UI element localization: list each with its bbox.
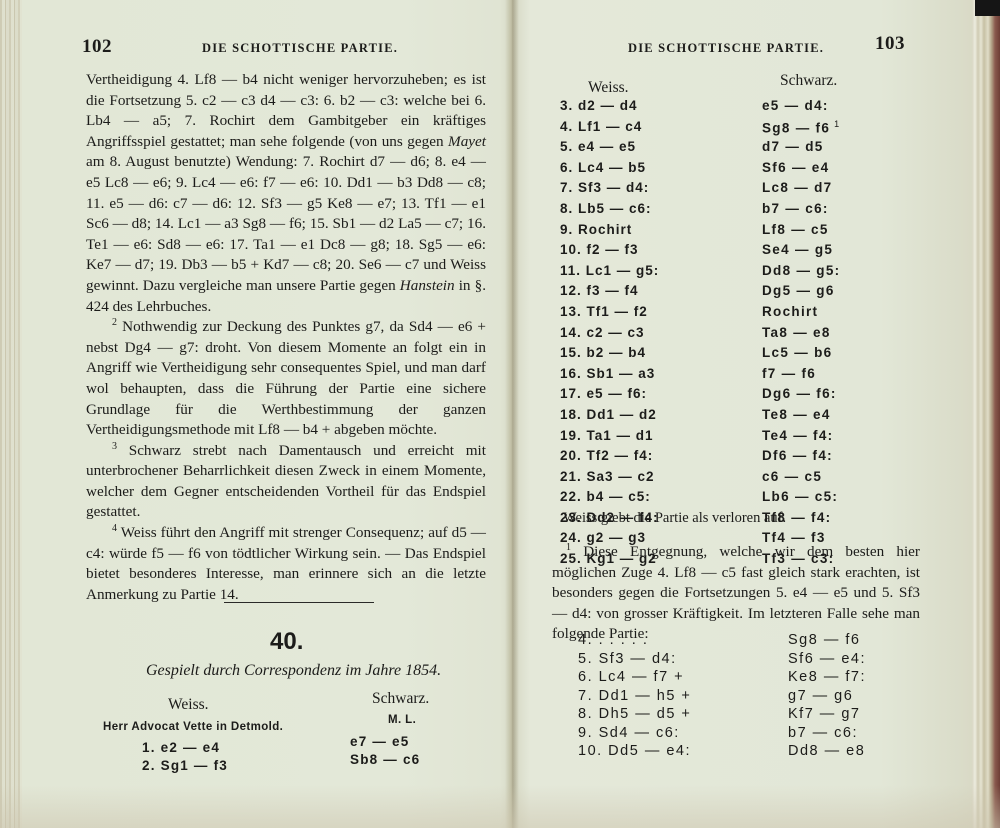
left-running-head: DIE SCHOTTISCHE PARTIE. xyxy=(202,41,398,56)
move-black: Sf6 — e4 xyxy=(762,160,829,175)
move-white: 8. Dh5 — d5 + xyxy=(578,706,691,722)
move-black: Sg8 — f61 xyxy=(762,119,840,136)
move-row: 8. Lb5 — c6:b7 — c6: xyxy=(560,201,860,222)
italic-name: Hanstein xyxy=(400,277,455,294)
footnote-1: 1 Diese Entgegnung, welche wir dem beste… xyxy=(552,542,920,645)
text-run: am 8. August benutzte) Wendung: 7. Rochi… xyxy=(86,153,486,294)
black-column-header: Schwarz. xyxy=(780,72,837,90)
move-row: 14. c2 — c3Ta8 — e8 xyxy=(560,325,860,346)
variation-row: 4. . . . . .Sg8 — f6 xyxy=(578,632,898,651)
move-row: 13. Tf1 — f2Rochirt xyxy=(560,304,860,325)
move-black: Rochirt xyxy=(762,304,818,319)
move-white: 4. Lf1 — c4 xyxy=(560,119,642,134)
move-row: 18. Dd1 — d2Te8 — e4 xyxy=(560,407,860,428)
moves-table: 3. d2 — d4e5 — d4: 4. Lf1 — c4Sg8 — f61 … xyxy=(560,98,860,572)
variation-row: 10. Dd5 — e4:Dd8 — e8 xyxy=(578,743,898,762)
footnote-text: Weiss führt den Angriff mit strenger Con… xyxy=(86,524,486,603)
move-black: Te4 — f4: xyxy=(762,428,833,443)
variation-row: 5. Sf3 — d4:Sf6 — e4: xyxy=(578,651,898,670)
move-white: 14. c2 — c3 xyxy=(560,325,645,340)
move-row: 17. e5 — f6:Dg6 — f6: xyxy=(560,386,860,407)
move-black: Dg6 — f6: xyxy=(762,386,837,401)
move-black: d7 — d5 xyxy=(762,139,824,154)
move-white: 7. Sf3 — d4: xyxy=(560,180,649,195)
move-black: c6 — c5 xyxy=(762,469,822,484)
game-subtitle: Gespielt durch Correspondenz im Jahre 18… xyxy=(146,662,441,680)
footnote-3: 3 Schwarz strebt nach Damentausch und er… xyxy=(86,441,486,523)
variation-moves: 4. . . . . .Sg8 — f6 5. Sf3 — d4:Sf6 — e… xyxy=(578,632,898,762)
move-white: 8. Lb5 — c6: xyxy=(560,201,652,216)
move-row: 22. b4 — c5:Lb6 — c5: xyxy=(560,489,860,510)
move-row: 20. Tf2 — f4:Df6 — f4: xyxy=(560,448,860,469)
move-white: 20. Tf2 — f4: xyxy=(560,448,653,463)
section-divider xyxy=(224,602,374,603)
move-white: 1. e2 — e4 xyxy=(142,740,220,755)
move-black: Lc8 — d7 xyxy=(762,180,832,195)
white-column-header: Weiss. xyxy=(168,696,209,714)
white-player-name: Herr Advocat Vette in Detmold. xyxy=(103,721,283,733)
move-black: b7 — c6: xyxy=(788,725,858,741)
move-white: 9. Sd4 — c6: xyxy=(578,725,680,741)
left-page-body: Vertheidigung 4. Lf8 — b4 nicht weniger … xyxy=(86,70,486,605)
left-page-edges xyxy=(0,0,22,828)
move-row: 19. Ta1 — d1Te4 — f4: xyxy=(560,428,860,449)
move-white: 10. Dd5 — e4: xyxy=(578,743,691,759)
move-white: 5. Sf3 — d4: xyxy=(578,651,677,667)
move-row: 5. e4 — e5d7 — d5 xyxy=(560,139,860,160)
move-black: Lc5 — b6 xyxy=(762,345,832,360)
variation-row: 9. Sd4 — c6:b7 — c6: xyxy=(578,725,898,744)
italic-name: Mayet xyxy=(448,133,486,150)
move-black: Lf8 — c5 xyxy=(762,222,829,237)
move-black: Dg5 — g6 xyxy=(762,283,835,298)
right-page-edges xyxy=(972,0,1000,828)
move-black: b7 — c6: xyxy=(762,201,829,216)
move-row: 15. b2 — b4Lc5 — b6 xyxy=(560,345,860,366)
move-row: 3. d2 — d4e5 — d4: xyxy=(560,98,860,119)
move-black: Te8 — e4 xyxy=(762,407,831,422)
move-black: Ke8 — f7: xyxy=(788,669,866,685)
move-white: 4. . . . . . xyxy=(578,632,648,648)
move-black: Ta8 — e8 xyxy=(762,325,831,340)
move-black: Kf7 — g7 xyxy=(788,706,860,722)
move-white: 3. d2 — d4 xyxy=(560,98,638,113)
move-row: 11. Lc1 — g5:Dd8 — g5: xyxy=(560,263,860,284)
move-black: e7 — e5 xyxy=(350,734,409,749)
move-row: 21. Sa3 — c2c6 — c5 xyxy=(560,469,860,490)
footnote-text: Nothwendig zur Deckung des Punktes g7, d… xyxy=(86,318,486,438)
move-white: 11. Lc1 — g5: xyxy=(560,263,659,278)
move-white: 6. Lc4 — b5 xyxy=(560,160,646,175)
footnote-4: 4 Weiss führt den Angriff mit strenger C… xyxy=(86,523,486,605)
move-white: 6. Lc4 — f7 + xyxy=(578,669,684,685)
left-page-number: 102 xyxy=(82,36,112,58)
move-row: 7. Sf3 — d4:Lc8 — d7 xyxy=(560,180,860,201)
move-row: 9. RochirtLf8 — c5 xyxy=(560,222,860,243)
move-white: 2. Sg1 — f3 xyxy=(142,758,228,773)
black-player-name: M. L. xyxy=(388,714,416,726)
move-white: 12. f3 — f4 xyxy=(560,283,639,298)
game-result: Weiss giebt die Partie als verloren auf. xyxy=(563,510,786,527)
footnote-marker: 1 xyxy=(834,119,840,129)
move-black: e5 — d4: xyxy=(762,98,829,113)
move-row: 6. Lc4 — b5Sf6 — e4 xyxy=(560,160,860,181)
black-column-header: Schwarz. xyxy=(372,690,429,708)
move-row: 10. f2 — f3Se4 — g5 xyxy=(560,242,860,263)
move-white: 21. Sa3 — c2 xyxy=(560,469,655,484)
background-corner xyxy=(975,0,1000,16)
move-white: 9. Rochirt xyxy=(560,222,632,237)
text-run: Vertheidigung 4. Lf8 — b4 nicht weniger … xyxy=(86,71,486,150)
game-number: 40. xyxy=(270,628,303,656)
move-black: Sf6 — e4: xyxy=(788,651,866,667)
white-column-header: Weiss. xyxy=(588,79,629,97)
move-black-text: e5 — d4: xyxy=(762,98,829,113)
move-white: 22. b4 — c5: xyxy=(560,489,651,504)
move-black-text: Sg8 — f6 xyxy=(762,120,830,135)
move-black: Dd8 — g5: xyxy=(762,263,840,278)
move-black: Se4 — g5 xyxy=(762,242,833,257)
move-black: f7 — f6 xyxy=(762,366,816,381)
right-running-head: DIE SCHOTTISCHE PARTIE. xyxy=(628,41,824,56)
open-book: 102 DIE SCHOTTISCHE PARTIE. Vertheidigun… xyxy=(0,0,1000,828)
footnote-2: 2 Nothwendig zur Deckung des Punktes g7,… xyxy=(86,317,486,441)
move-black: Df6 — f4: xyxy=(762,448,833,463)
variation-row: 8. Dh5 — d5 +Kf7 — g7 xyxy=(578,706,898,725)
move-white: 5. e4 — e5 xyxy=(560,139,636,154)
move-black: Sg8 — f6 xyxy=(788,632,860,648)
move-white: 16. Sb1 — a3 xyxy=(560,366,655,381)
move-row: 12. f3 — f4Dg5 — g6 xyxy=(560,283,860,304)
move-black: Dd8 — e8 xyxy=(788,743,865,759)
footnote-text: Schwarz strebt nach Damentausch und erre… xyxy=(86,442,486,521)
move-white: 15. b2 — b4 xyxy=(560,345,646,360)
move-white: 13. Tf1 — f2 xyxy=(560,304,648,319)
variation-row: 6. Lc4 — f7 +Ke8 — f7: xyxy=(578,669,898,688)
move-black: Lb6 — c5: xyxy=(762,489,838,504)
move-white: 18. Dd1 — d2 xyxy=(560,407,657,422)
move-white: 7. Dd1 — h5 + xyxy=(578,688,691,704)
move-row: 16. Sb1 — a3f7 — f6 xyxy=(560,366,860,387)
annotation-paragraph: Vertheidigung 4. Lf8 — b4 nicht weniger … xyxy=(86,70,486,317)
right-page-number: 103 xyxy=(875,33,905,55)
variation-row: 7. Dd1 — h5 +g7 — g6 xyxy=(578,688,898,707)
move-white: 19. Ta1 — d1 xyxy=(560,428,654,443)
move-row: 4. Lf1 — c4Sg8 — f61 xyxy=(560,119,860,140)
move-black: g7 — g6 xyxy=(788,688,853,704)
page-bottom-shadow xyxy=(0,785,1000,828)
move-white: 17. e5 — f6: xyxy=(560,386,647,401)
footnote-text: Diese Entgegnung, welche wir dem besten … xyxy=(552,543,920,642)
book-gutter xyxy=(505,0,519,828)
move-black: Sb8 — c6 xyxy=(350,752,420,767)
move-white: 10. f2 — f3 xyxy=(560,242,639,257)
